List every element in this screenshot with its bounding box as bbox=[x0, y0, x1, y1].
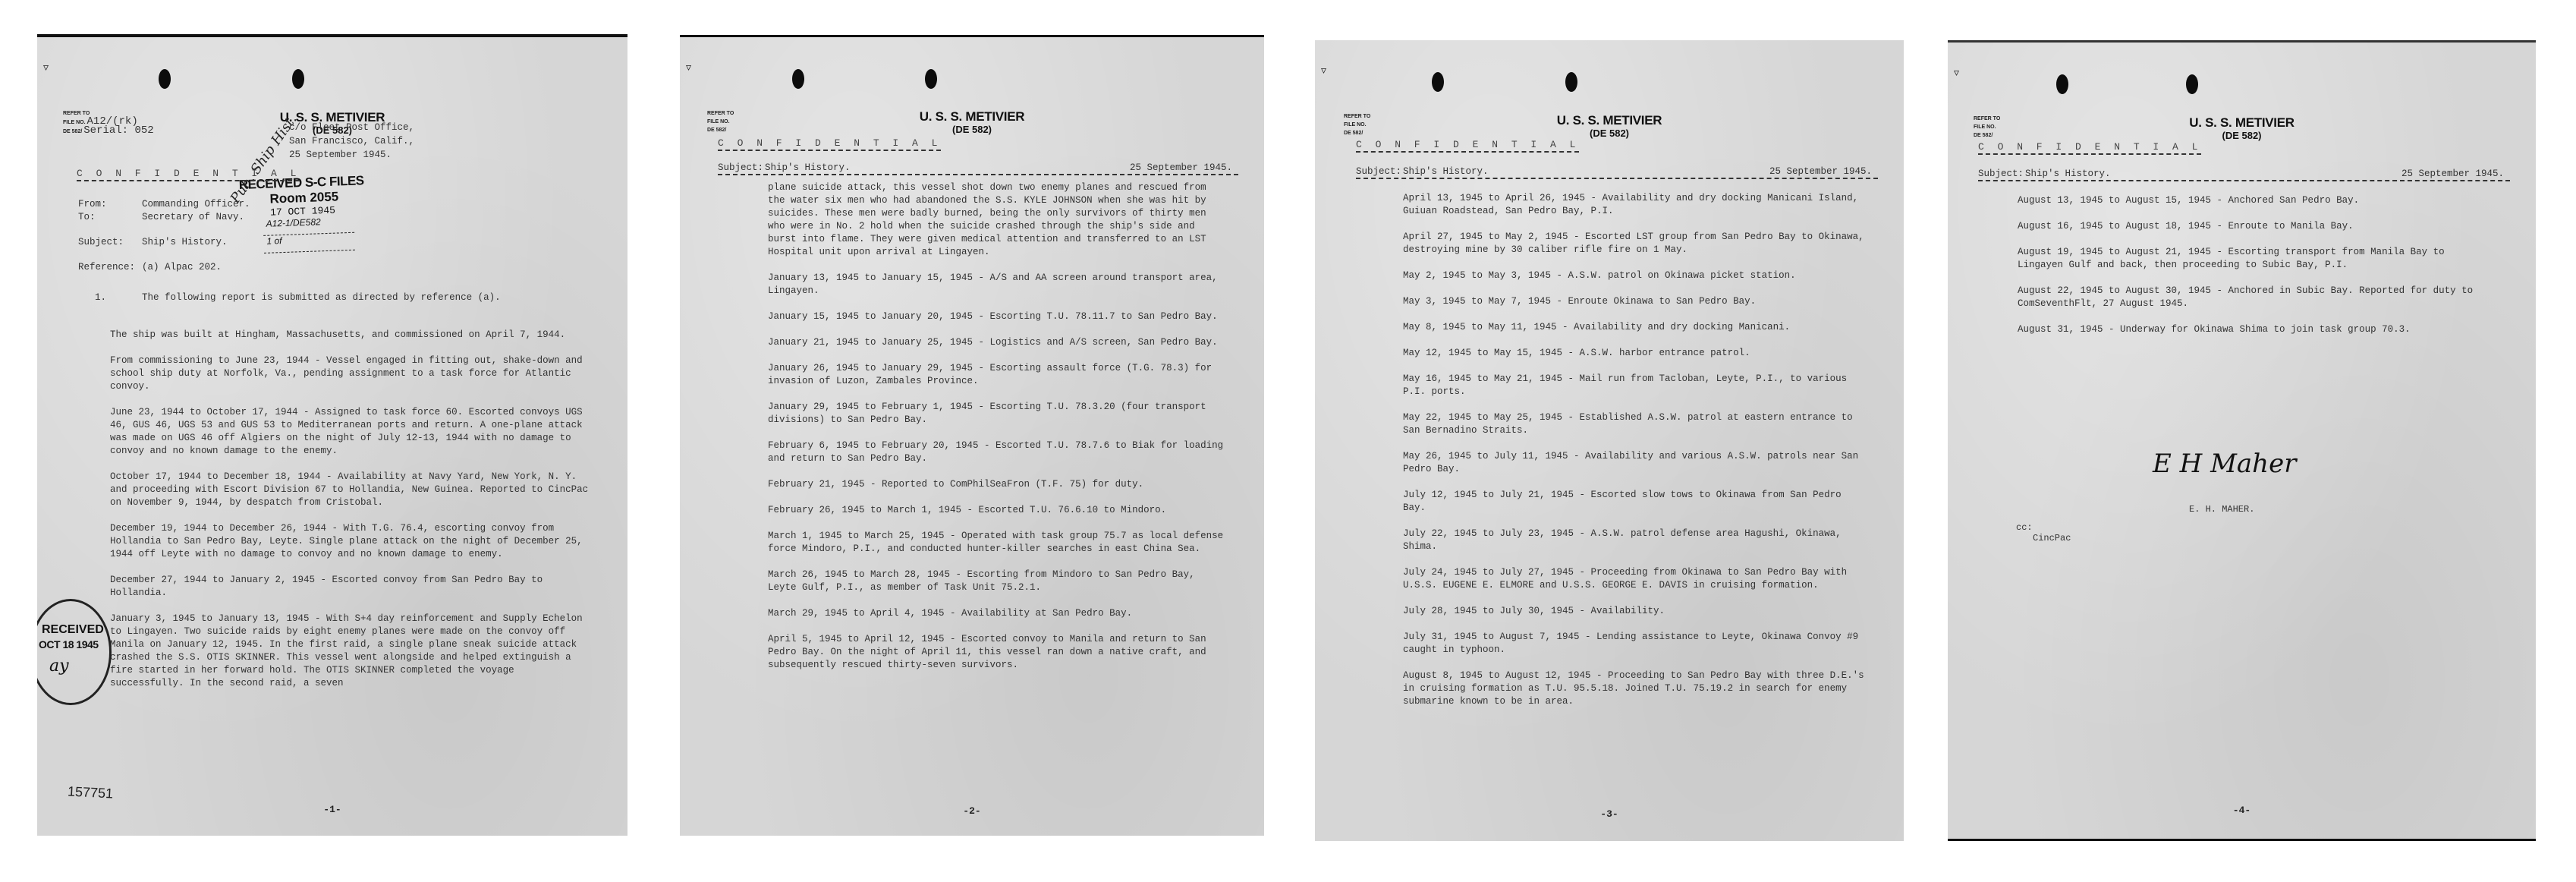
confidential-marking: C O N F I D E N T I A L bbox=[77, 168, 300, 181]
history-entry: January 13, 1945 to January 15, 1945 - A… bbox=[768, 272, 1228, 298]
history-entry: August 16, 1945 to August 18, 1945 - Enr… bbox=[2018, 220, 2489, 233]
confidential-marking: C O N F I D E N T I A L bbox=[1978, 141, 2201, 155]
return-address: c/o Fleet Post Office, San Francisco, Ca… bbox=[289, 121, 414, 162]
history-entry: March 29, 1945 to April 4, 1945 - Availa… bbox=[768, 607, 1228, 620]
document-page-3: ▿ REFER TO FILE NO. DE 582/ U. S. S. MET… bbox=[1315, 40, 1904, 841]
history-entries: plane suicide attack, this vessel shot d… bbox=[768, 181, 1228, 685]
history-entry: December 27, 1944 to January 2, 1945 - E… bbox=[110, 574, 591, 600]
history-entry: The ship was built at Hingham, Massachus… bbox=[110, 329, 591, 342]
punch-hole bbox=[792, 69, 804, 89]
punch-hole bbox=[292, 69, 304, 89]
received-stamp: RECEIVED OCT 18 1945 ay bbox=[37, 599, 113, 709]
page-number: -2- bbox=[680, 805, 1264, 817]
history-entry: May 16, 1945 to May 21, 1945 - Mail run … bbox=[1403, 373, 1867, 398]
history-entry: February 6, 1945 to February 20, 1945 - … bbox=[768, 439, 1228, 465]
document-page-4: ▿ REFER TO FILE NO. DE 582/ U. S. S. MET… bbox=[1948, 40, 2536, 841]
punch-hole bbox=[1565, 72, 1577, 92]
history-entry: May 26, 1945 to July 11, 1945 - Availabi… bbox=[1403, 450, 1867, 476]
history-entry: February 26, 1945 to March 1, 1945 - Esc… bbox=[768, 504, 1228, 517]
history-entry: June 23, 1944 to October 17, 1944 - Assi… bbox=[110, 406, 591, 458]
signature: E H Maher bbox=[2153, 449, 2296, 479]
history-entry: July 31, 1945 to August 7, 1945 - Lendin… bbox=[1403, 631, 1867, 657]
history-entry: January 21, 1945 to January 25, 1945 - L… bbox=[768, 336, 1228, 349]
history-entry: July 24, 1945 to July 27, 1945 - Proceed… bbox=[1403, 566, 1867, 592]
subject-field: Ship's History. bbox=[142, 237, 228, 250]
document-page-2: ▿ REFER TO FILE NO. DE 582/ U. S. S. MET… bbox=[680, 35, 1264, 836]
binder-mark: ▿ bbox=[1321, 65, 1326, 77]
punch-hole bbox=[2056, 74, 2068, 94]
history-entry: January 29, 1945 to February 1, 1945 - E… bbox=[768, 401, 1228, 427]
memo-header: From:Commanding Officer. To:Secretary of… bbox=[78, 199, 250, 275]
history-entry: plane suicide attack, this vessel shot d… bbox=[768, 181, 1228, 259]
history-entry: March 1, 1945 to March 25, 1945 - Operat… bbox=[768, 530, 1228, 556]
history-entry: May 2, 1945 to May 3, 1945 - A.S.W. patr… bbox=[1403, 269, 1867, 282]
punch-hole bbox=[159, 69, 171, 89]
letterhead: U. S. S. METIVIER (DE 582) bbox=[1315, 113, 1904, 139]
binder-mark: ▿ bbox=[1954, 67, 1959, 79]
history-entry: August 19, 1945 to August 21, 1945 - Esc… bbox=[2018, 246, 2489, 272]
punch-hole bbox=[2186, 74, 2198, 94]
history-entry: April 13, 1945 to April 26, 1945 - Avail… bbox=[1403, 192, 1867, 218]
history-entry: April 5, 1945 to April 12, 1945 - Escort… bbox=[768, 633, 1228, 672]
document-page-1: ▿ REFER TO FILE NO. A12/(rk) DE 582/ Ser… bbox=[37, 34, 627, 836]
history-entry: July 12, 1945 to July 21, 1945 - Escorte… bbox=[1403, 489, 1867, 515]
confidential-marking: C O N F I D E N T I A L bbox=[718, 137, 941, 151]
punch-hole bbox=[925, 69, 937, 89]
page-number: -3- bbox=[1315, 808, 1904, 820]
history-entries: The ship was built at Hingham, Massachus… bbox=[110, 329, 591, 703]
history-entry: August 22, 1945 to August 30, 1945 - Anc… bbox=[2018, 285, 2489, 310]
history-entry: January 26, 1945 to January 29, 1945 - E… bbox=[768, 362, 1228, 388]
history-entry: May 3, 1945 to May 7, 1945 - Enroute Oki… bbox=[1403, 295, 1867, 308]
binder-mark: ▿ bbox=[43, 61, 49, 74]
punch-hole bbox=[1432, 72, 1444, 92]
cc-recipient: CincPac bbox=[2016, 533, 2071, 543]
history-entry: October 17, 1944 to December 18, 1944 - … bbox=[110, 471, 591, 509]
sc-files-stamp: RECEIVED S-C FILES Room 2055 17 OCT 1945… bbox=[239, 173, 372, 288]
history-entries: August 13, 1945 to August 15, 1945 - Anc… bbox=[2018, 194, 2489, 349]
subject-line: Subject: Ship's History. 25 September 19… bbox=[1356, 166, 1878, 179]
history-entry: May 12, 1945 to May 15, 1945 - A.S.W. ha… bbox=[1403, 347, 1867, 360]
history-entry: July 28, 1945 to July 30, 1945 - Availab… bbox=[1403, 605, 1867, 618]
binder-mark: ▿ bbox=[686, 61, 691, 74]
confidential-marking: C O N F I D E N T I A L bbox=[1356, 139, 1579, 153]
history-entry: December 19, 1944 to December 26, 1944 -… bbox=[110, 522, 591, 561]
subject-line: Subject: Ship's History. 25 September 19… bbox=[718, 162, 1238, 175]
signer-name: E. H. MAHER. bbox=[2189, 504, 2254, 515]
history-entry: August 31, 1945 - Underway for Okinawa S… bbox=[2018, 323, 2489, 336]
reference-field: (a) Alpac 202. bbox=[142, 262, 222, 275]
history-entry: From commissioning to June 23, 1944 - Ve… bbox=[110, 354, 591, 393]
page-number: -4- bbox=[1948, 805, 2536, 816]
from-field: Commanding Officer. bbox=[142, 199, 250, 212]
letterhead: U. S. S. METIVIER (DE 582) bbox=[680, 109, 1264, 135]
history-entry: May 22, 1945 to May 25, 1945 - Establish… bbox=[1403, 411, 1867, 437]
history-entry: August 8, 1945 to August 12, 1945 - Proc… bbox=[1403, 669, 1867, 708]
history-entry: January 3, 1945 to January 13, 1945 - Wi… bbox=[110, 613, 591, 690]
paragraph-1: 1.The following report is submitted as d… bbox=[78, 291, 549, 304]
carbon-copy: cc: CincPac bbox=[2016, 522, 2071, 543]
subject-line: Subject: Ship's History. 25 September 19… bbox=[1978, 169, 2510, 181]
history-entry: April 27, 1945 to May 2, 1945 - Escorted… bbox=[1403, 231, 1867, 257]
history-entry: January 15, 1945 to January 20, 1945 - E… bbox=[768, 310, 1228, 323]
history-entry: July 22, 1945 to July 23, 1945 - A.S.W. … bbox=[1403, 528, 1867, 553]
history-entry: February 21, 1945 - Reported to ComPhilS… bbox=[768, 478, 1228, 491]
letterhead: U. S. S. METIVIER (DE 582) bbox=[1948, 115, 2536, 141]
history-entry: May 8, 1945 to May 11, 1945 - Availabili… bbox=[1403, 321, 1867, 334]
document-number: 157751 bbox=[67, 783, 113, 802]
history-entry: March 26, 1945 to March 28, 1945 - Escor… bbox=[768, 569, 1228, 594]
history-entries: April 13, 1945 to April 26, 1945 - Avail… bbox=[1403, 192, 1867, 721]
to-field: Secretary of Navy. bbox=[142, 212, 244, 225]
page-number: -1- bbox=[37, 804, 627, 815]
history-entry: August 13, 1945 to August 15, 1945 - Anc… bbox=[2018, 194, 2489, 207]
